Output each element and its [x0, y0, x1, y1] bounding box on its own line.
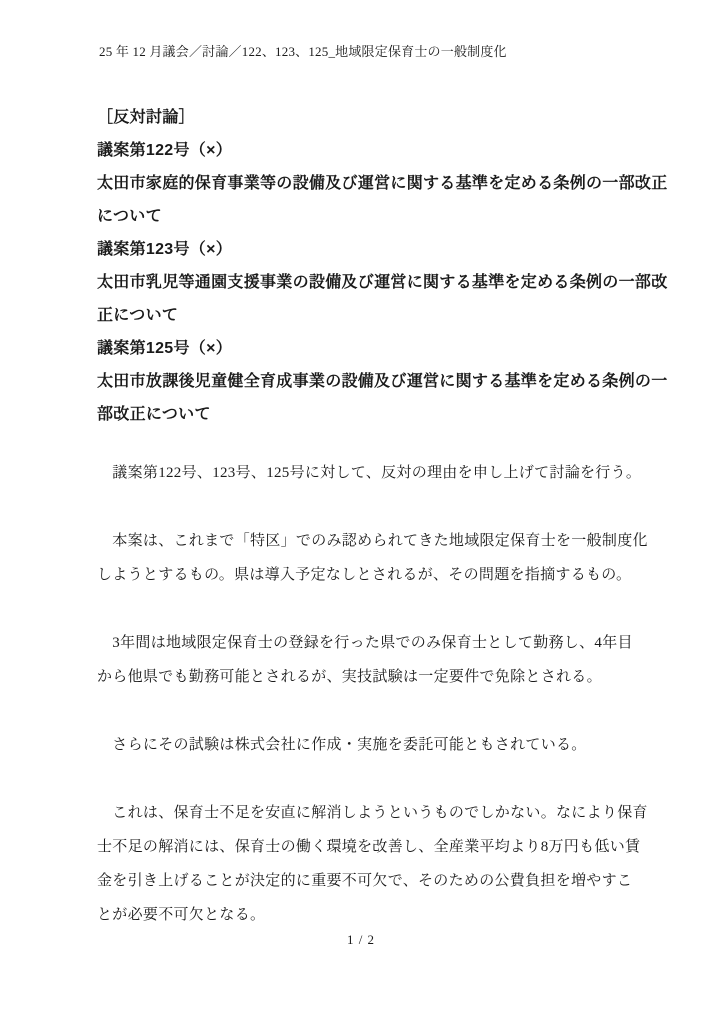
- title-block: ［反対討論］ 議案第122号（×） 太田市家庭的保育事業等の設備及び運営に関する…: [97, 101, 657, 431]
- body-line: 金を引き上げることが決定的に重要不可欠で、そのための公費負担を増やすこ: [97, 864, 657, 898]
- body-line: 士不足の解消には、保育士の働く環境を改善し、全産業平均より8万円も低い賃: [97, 830, 657, 864]
- body-line: 議案第122号、123号、125号に対して、反対の理由を申し上げて討論を行う。: [97, 456, 657, 490]
- bill-title-123-line-1: 太田市乳児等通園支援事業の設備及び運営に関する基準を定める条例の一部改: [97, 266, 657, 299]
- bill-number-125: 議案第125号（×）: [97, 332, 657, 365]
- bill-title-122-line-1: 太田市家庭的保育事業等の設備及び運営に関する基準を定める条例の一部改正: [97, 167, 657, 200]
- bill-title-125-line-1: 太田市放課後児童健全育成事業の設備及び運営に関する基準を定める条例の一: [97, 365, 657, 398]
- body-line: 3年間は地域限定保育士の登録を行った県でのみ保育士として勤務し、4年目: [97, 626, 657, 660]
- body-line: とが必要不可欠となる。: [97, 898, 657, 932]
- paragraph-4: さらにその試験は株式会社に作成・実施を委託可能ともされている。: [97, 728, 657, 762]
- body-line: 本案は、これまで「特区」でのみ認められてきた地域限定保育士を一般制度化: [97, 524, 657, 558]
- bill-number-122: 議案第122号（×）: [97, 134, 657, 167]
- body-line: から他県でも勤務可能とされるが、実技試験は一定要件で免除とされる。: [97, 660, 657, 694]
- bill-title-125-line-2: 部改正について: [97, 398, 657, 431]
- body-text: 議案第122号、123号、125号に対して、反対の理由を申し上げて討論を行う。 …: [97, 456, 657, 966]
- section-heading: ［反対討論］: [97, 101, 657, 134]
- bill-title-123-line-2: 正について: [97, 299, 657, 332]
- document-header: 25 年 12 月議会／討論／122、123、125_地域限定保育士の一般制度化: [99, 42, 507, 62]
- paragraph-3: 3年間は地域限定保育士の登録を行った県でのみ保育士として勤務し、4年目 から他県…: [97, 626, 657, 694]
- body-line: しようとするもの。県は導入予定なしとされるが、その問題を指摘するもの。: [97, 558, 657, 592]
- bill-number-123: 議案第123号（×）: [97, 233, 657, 266]
- paragraph-5: これは、保育士不足を安直に解消しようというものでしかない。なにより保育 士不足の…: [97, 796, 657, 932]
- body-line: さらにその試験は株式会社に作成・実施を委託可能ともされている。: [97, 728, 657, 762]
- bill-title-122-line-2: について: [97, 200, 657, 233]
- paragraph-2: 本案は、これまで「特区」でのみ認められてきた地域限定保育士を一般制度化 しようと…: [97, 524, 657, 592]
- paragraph-1: 議案第122号、123号、125号に対して、反対の理由を申し上げて討論を行う。: [97, 456, 657, 490]
- document-page: 25 年 12 月議会／討論／122、123、125_地域限定保育士の一般制度化…: [0, 0, 722, 1024]
- body-line: これは、保育士不足を安直に解消しようというものでしかない。なにより保育: [97, 796, 657, 830]
- page-number: 1 / 2: [0, 929, 722, 951]
